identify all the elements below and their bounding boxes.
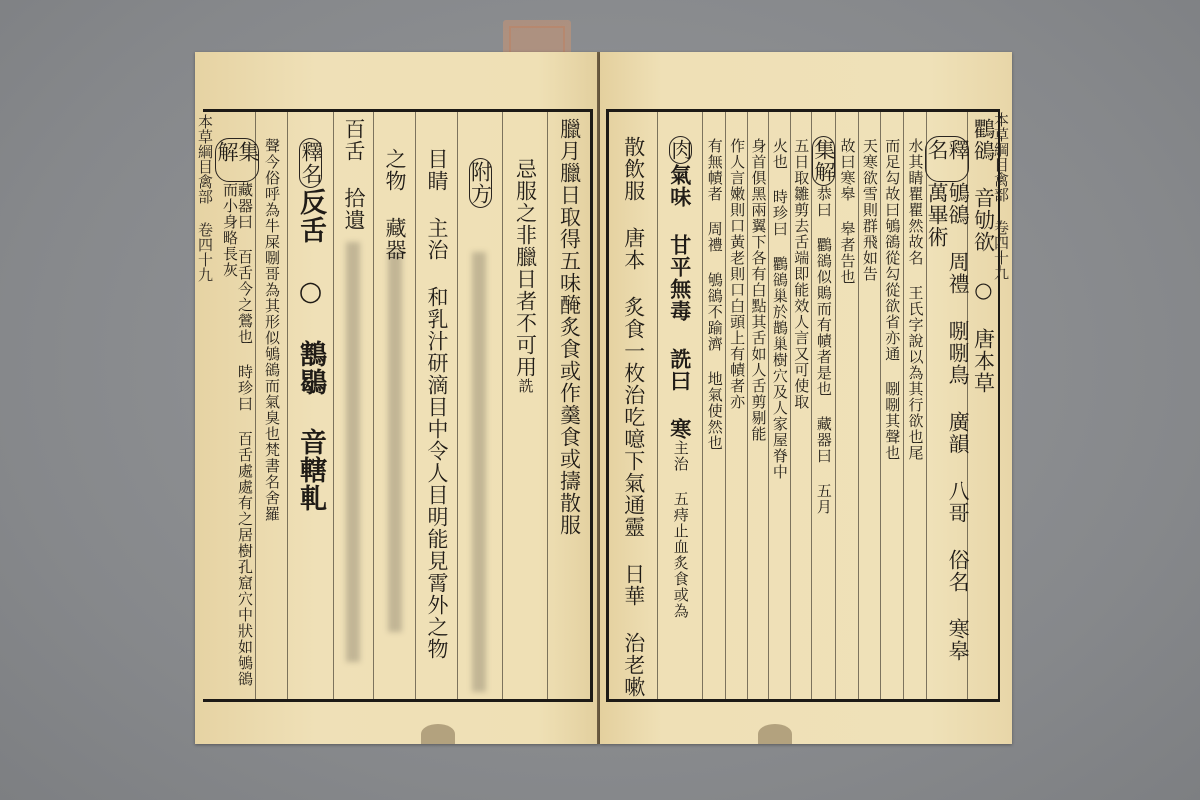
column-L7: 釋名 反舌 ○ 鶷鶡 音轄軋 bbox=[287, 112, 333, 699]
section-heading-jijie: 集解 bbox=[812, 136, 835, 186]
section-heading-fufang: 附方 bbox=[469, 158, 492, 208]
column-R12: 有無幘者 周禮 鴝鵒不踰濟 地氣使然也 bbox=[702, 112, 725, 699]
column-R3: 水其睛瞿瞿然故名 王氏字說以為其行欲也尾 bbox=[903, 112, 926, 699]
paper-stain bbox=[421, 724, 455, 744]
right-page: 鸜鵒 音劬欲 ○ 唐本草 釋名 鴝鵒 周禮 哵哵鳥 廣韻 八哥 俗名 寒皋 萬畢… bbox=[600, 52, 1012, 744]
column-R8: 五日取雛剪去舌端即能效人言又可使取 bbox=[790, 112, 811, 699]
left-print-frame: 臘月臘日取得五味醃炙食或作羹食或擣散服 忌服之非臘日者不可用 詵 附方 目睛 主… bbox=[203, 109, 593, 702]
column-R5: 天寒欲雪則群飛如告 bbox=[858, 112, 879, 699]
column-L6: 百舌 拾遺 bbox=[333, 112, 373, 699]
right-print-frame: 鸜鵒 音劬欲 ○ 唐本草 釋名 鴝鵒 周禮 哵哵鳥 廣韻 八哥 俗名 寒皋 萬畢… bbox=[606, 109, 1000, 702]
column-R13: 肉 氣味 甘平無毒 詵曰 寒 主治 五痔止血炙食或為 bbox=[657, 112, 702, 699]
section-heading-jijie: 集解 bbox=[215, 138, 259, 182]
right-margin-title: 本草綱目禽部 卷四十九 bbox=[991, 112, 1012, 280]
column-L1: 臘月臘日取得五味醃炙食或作羹食或擣散服 bbox=[547, 112, 590, 699]
column-R2: 釋名 鴝鵒 周禮 哵哵鳥 廣韻 八哥 俗名 寒皋 萬畢術 bbox=[926, 112, 967, 699]
column-L9: 集解 藏器曰 百舌今之鶯也 時珍曰 百舌處處有之居樹孔窟穴中狀如鴝鵒而小身略長灰 bbox=[219, 112, 255, 699]
column-L2: 忌服之非臘日者不可用 詵 bbox=[502, 112, 547, 699]
section-heading-rou: 肉 bbox=[669, 136, 692, 164]
column-L8: 聲今俗呼為牛屎哵哥為其形似鴝鵒而氣臭也梵書名舍羅 bbox=[255, 112, 287, 699]
column-R14: 散飲服 唐本 炙食一枚治吃噫下氣通靈 日華 治老嗽 bbox=[609, 112, 657, 699]
column-L4: 目睛 主治 和乳汁研滴目中令人目明能見霄外之物 bbox=[415, 112, 457, 699]
column-R11: 作人言嫩則口黃老則口白頭上有幘者亦 bbox=[725, 112, 746, 699]
section-heading-shiming: 釋名 bbox=[925, 136, 969, 182]
left-page: 臘月臘日取得五味醃炙食或作羹食或擣散服 忌服之非臘日者不可用 詵 附方 目睛 主… bbox=[195, 52, 599, 744]
column-R7: 集解 恭曰 鸜鵒似鵙而有幘者是也 藏器曰 五月 bbox=[811, 112, 835, 699]
column-R4: 而足勾故曰鴝鵒從勾從欲省亦通 哵哵其聲也 bbox=[880, 112, 903, 699]
column-R9: 火也 時珍曰 鸜鵒巢於鵲巢樹穴及人家屋脊中 bbox=[768, 112, 789, 699]
section-heading-shiming: 釋名 bbox=[299, 138, 322, 188]
column-L3: 附方 bbox=[457, 112, 502, 699]
paper-stain bbox=[758, 724, 792, 744]
left-margin-title: 本草綱目禽部 卷四十九 bbox=[195, 114, 216, 282]
column-R6: 故曰寒皋 皋者告也 bbox=[835, 112, 858, 699]
column-L5: 之物 藏器 bbox=[373, 112, 415, 699]
column-R10: 身首俱黑兩翼下各有白點其舌如人舌剪剔能 bbox=[747, 112, 768, 699]
